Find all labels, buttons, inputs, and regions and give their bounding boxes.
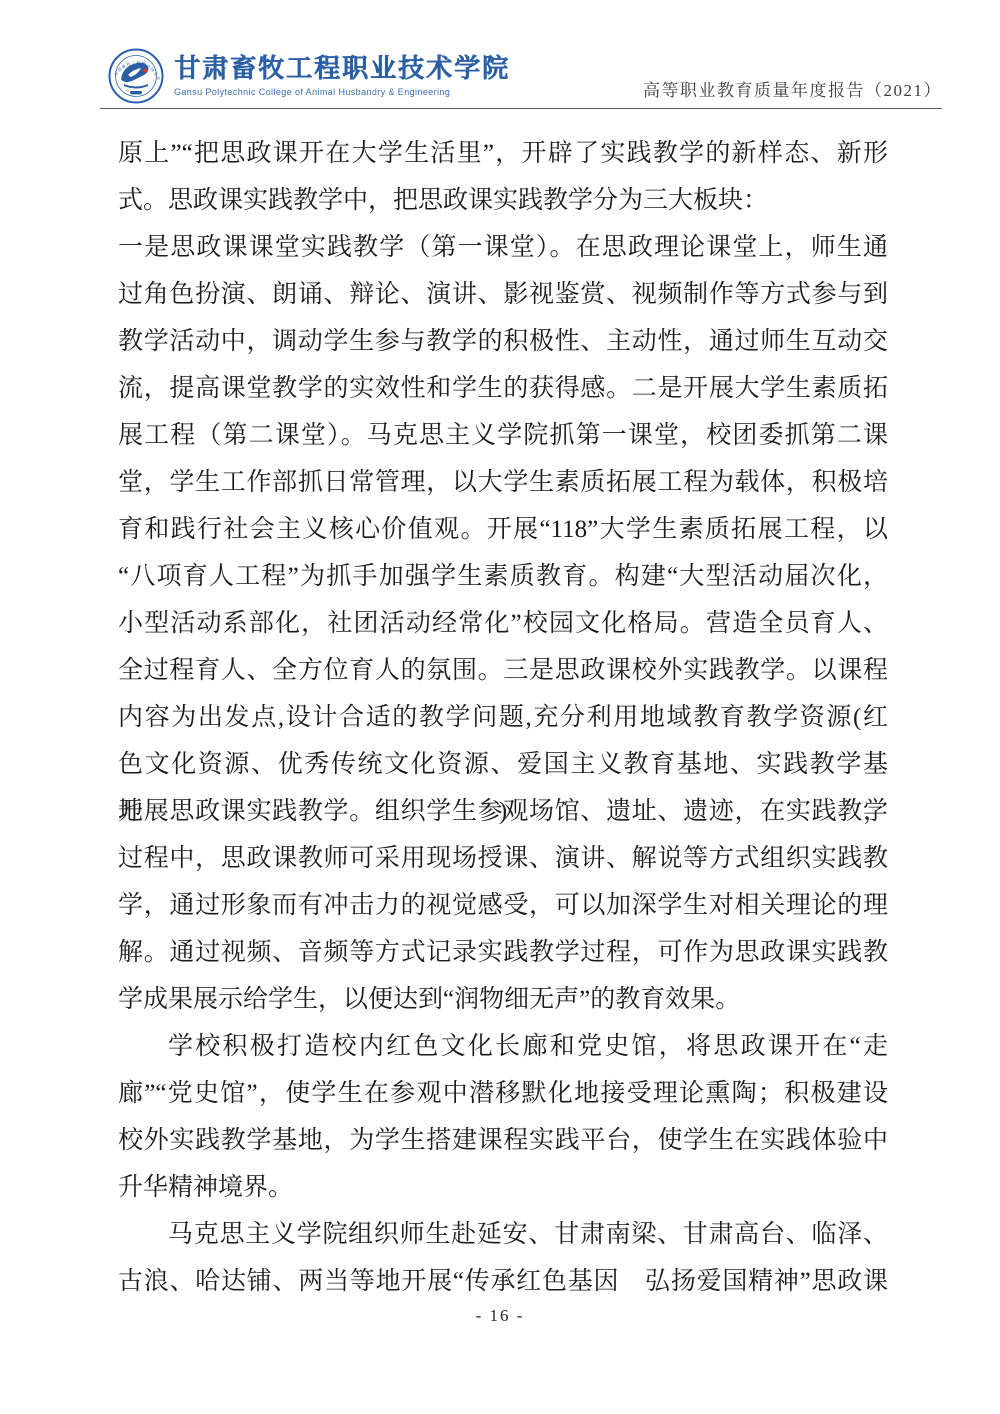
- text-line: 教学活动中，调动学生参与教学的积极性、主动性，通过师生互动交: [118, 318, 888, 365]
- college-name-zh: 甘肃畜牧工程职业技术学院: [174, 54, 510, 84]
- body-text: 原上”“把思政课开在大学生活里”，开辟了实践教学的新样态、新形式。思政课实践教学…: [118, 130, 888, 1305]
- text-line: 学，通过形象而有冲击力的视觉感受，可以加深学生对相关理论的理: [118, 882, 888, 929]
- college-emblem-icon: 甘肃畜牧工程职业技术学院: [108, 48, 164, 104]
- text-line: 廊”“党史馆”，使学生在参观中潜移默化地接受理论熏陶；积极建设: [118, 1070, 888, 1117]
- text-line: 色文化资源、优秀传统文化资源、爱国主义教育基地、实践教学基地)，: [118, 741, 888, 788]
- text-line: 学校积极打造校内红色文化长廊和党史馆，将思政课开在“走: [118, 1023, 888, 1070]
- text-line: 马克思主义学院组织师生赴延安、甘肃南梁、甘肃高台、临泽、: [118, 1211, 888, 1258]
- text-line: 古浪、哈达铺、两当等地开展“传承红色基因 弘扬爱国精神”思政课: [118, 1258, 888, 1305]
- logo-text: 甘肃畜牧工程职业技术学院 Gansu Polytechnic College o…: [174, 54, 510, 98]
- text-line: 过程中，思政课教师可采用现场授课、演讲、解说等方式组织实践教: [118, 835, 888, 882]
- text-line: 内容为出发点,设计合适的教学问题,充分利用地域教育教学资源(红: [118, 694, 888, 741]
- text-line: “八项育人工程”为抓手加强学生素质教育。构建“大型活动届次化，: [118, 553, 888, 600]
- text-line: 式。思政课实践教学中，把思政课实践教学分为三大板块：: [118, 177, 888, 224]
- header-rule: [100, 108, 942, 109]
- text-line: 原上”“把思政课开在大学生活里”，开辟了实践教学的新样态、新形: [118, 130, 888, 177]
- text-line: 一是思政课课堂实践教学（第一课堂）。在思政理论课堂上，师生通: [118, 224, 888, 271]
- text-line: 解。通过视频、音频等方式记录实践教学过程，可作为思政课实践教: [118, 929, 888, 976]
- text-line: 育和践行社会主义核心价值观。开展“118”大学生素质拓展工程，以: [118, 506, 888, 553]
- text-line: 堂，学生工作部抓日常管理，以大学生素质拓展工程为载体，积极培: [118, 459, 888, 506]
- text-line: 过角色扮演、朗诵、辩论、演讲、影视鉴赏、视频制作等方式参与到: [118, 271, 888, 318]
- text-line: 开展思政课实践教学。组织学生参观场馆、遗址、遗迹，在实践教学: [118, 788, 888, 835]
- page-number: - 16 -: [476, 1306, 525, 1325]
- text-line: 小型活动系部化，社团活动经常化”校园文化格局。营造全员育人、: [118, 600, 888, 647]
- document-page: 甘肃畜牧工程职业技术学院 甘肃畜牧工程职业技术学院 Gansu Polytech…: [0, 0, 1000, 1414]
- text-line: 流，提高课堂教学的实效性和学生的获得感。二是开展大学生素质拓: [118, 365, 888, 412]
- text-line: 校外实践教学基地，为学生搭建课程实践平台，使学生在实践体验中: [118, 1117, 888, 1164]
- page-footer: - 16 -: [0, 1306, 1000, 1326]
- text-line: 升华精神境界。: [118, 1164, 888, 1211]
- text-line: 全过程育人、全方位育人的氛围。三是思政课校外实践教学。以课程: [118, 647, 888, 694]
- text-line: 学成果展示给学生，以便达到“润物细无声”的教育效果。: [118, 976, 888, 1023]
- page-header: 甘肃畜牧工程职业技术学院 甘肃畜牧工程职业技术学院 Gansu Polytech…: [0, 0, 1000, 108]
- report-title: 高等职业教育质量年度报告（2021）: [643, 76, 942, 101]
- text-line: 展工程（第二课堂）。马克思主义学院抓第一课堂，校团委抓第二课: [118, 412, 888, 459]
- college-name-en: Gansu Polytechnic College of Animal Husb…: [174, 86, 510, 98]
- college-logo: 甘肃畜牧工程职业技术学院 甘肃畜牧工程职业技术学院 Gansu Polytech…: [108, 48, 510, 104]
